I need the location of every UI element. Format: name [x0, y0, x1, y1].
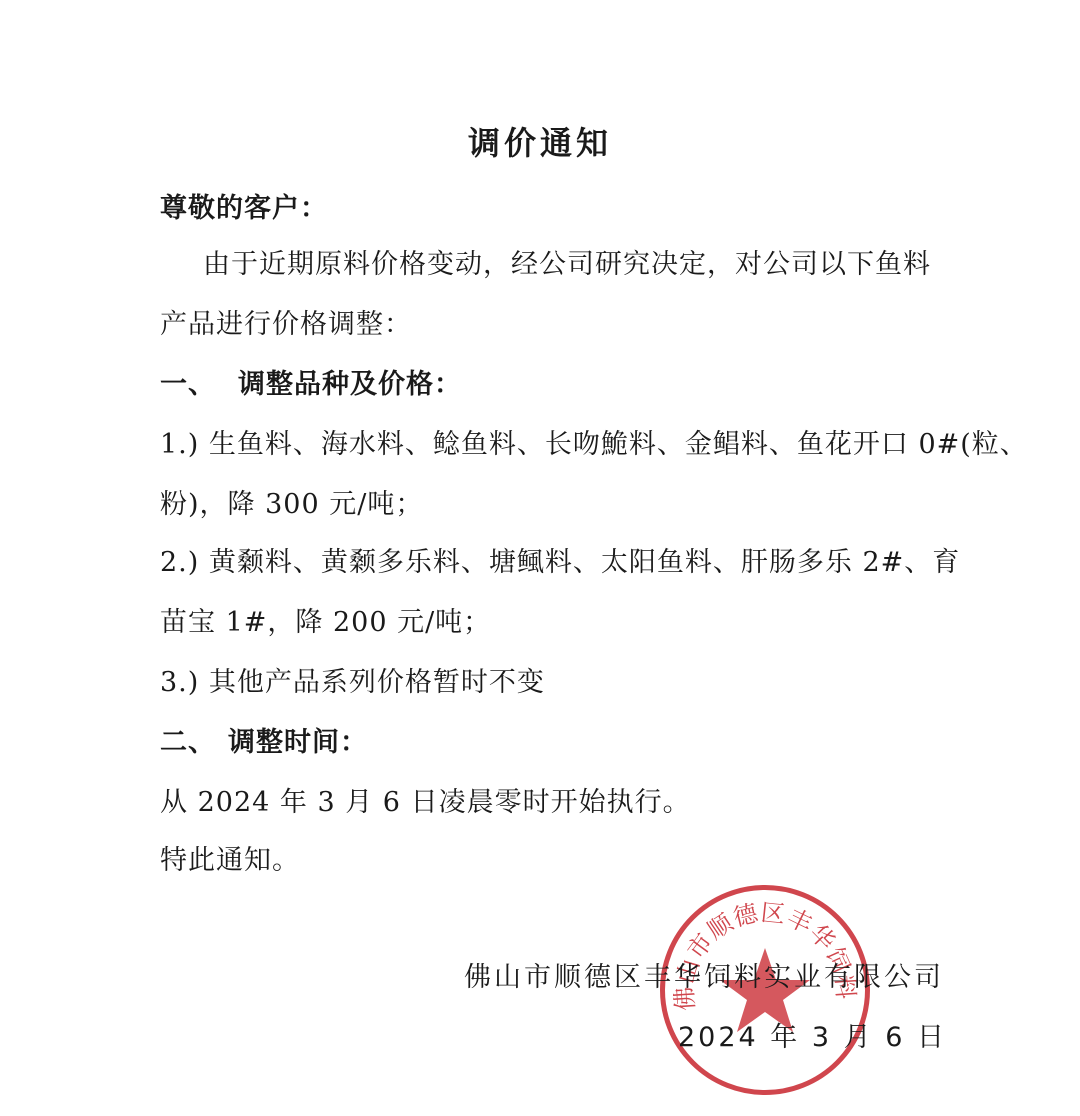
item-1-line-2: 粉)，降 300 元/吨； [160, 482, 423, 521]
item-1-line-1: 1.) 生鱼料、海水料、鲶鱼料、长吻鮠料、金鲳料、鱼花开口 0#(粒、 [160, 422, 1028, 461]
page-title: 调价通知 [0, 118, 1080, 164]
item-2-line-1: 2.) 黄颡料、黄颡多乐料、塘鲺料、太阳鱼料、肝肠多乐 2#、育 [160, 540, 960, 579]
section1-heading: 调整品种及价格： [238, 362, 462, 401]
signature-company: 佛山市顺德区丰华饲料实业有限公司 [464, 955, 944, 994]
signature-date: 2024 年 3 月 6 日 [678, 1015, 947, 1054]
intro-line-1: 由于近期原料价格变动，经公司研究决定，对公司以下鱼料 [203, 242, 931, 281]
salutation: 尊敬的客户： [160, 186, 328, 225]
intro-line-2: 产品进行价格调整： [160, 302, 412, 341]
section2-number: 二、 [160, 720, 216, 759]
closing: 特此通知。 [160, 838, 300, 877]
item-2-line-2: 苗宝 1#，降 200 元/吨； [160, 600, 491, 639]
item-3-line-1: 3.) 其他产品系列价格暂时不变 [160, 660, 545, 699]
notice-page: 调价通知 尊敬的客户： 由于近期原料价格变动，经公司研究决定，对公司以下鱼料 产… [0, 0, 1080, 1116]
section2-heading: 调整时间： [228, 720, 368, 759]
section1-number: 一、 [160, 362, 216, 401]
effective-date: 从 2024 年 3 月 6 日凌晨零时开始执行。 [160, 780, 691, 819]
